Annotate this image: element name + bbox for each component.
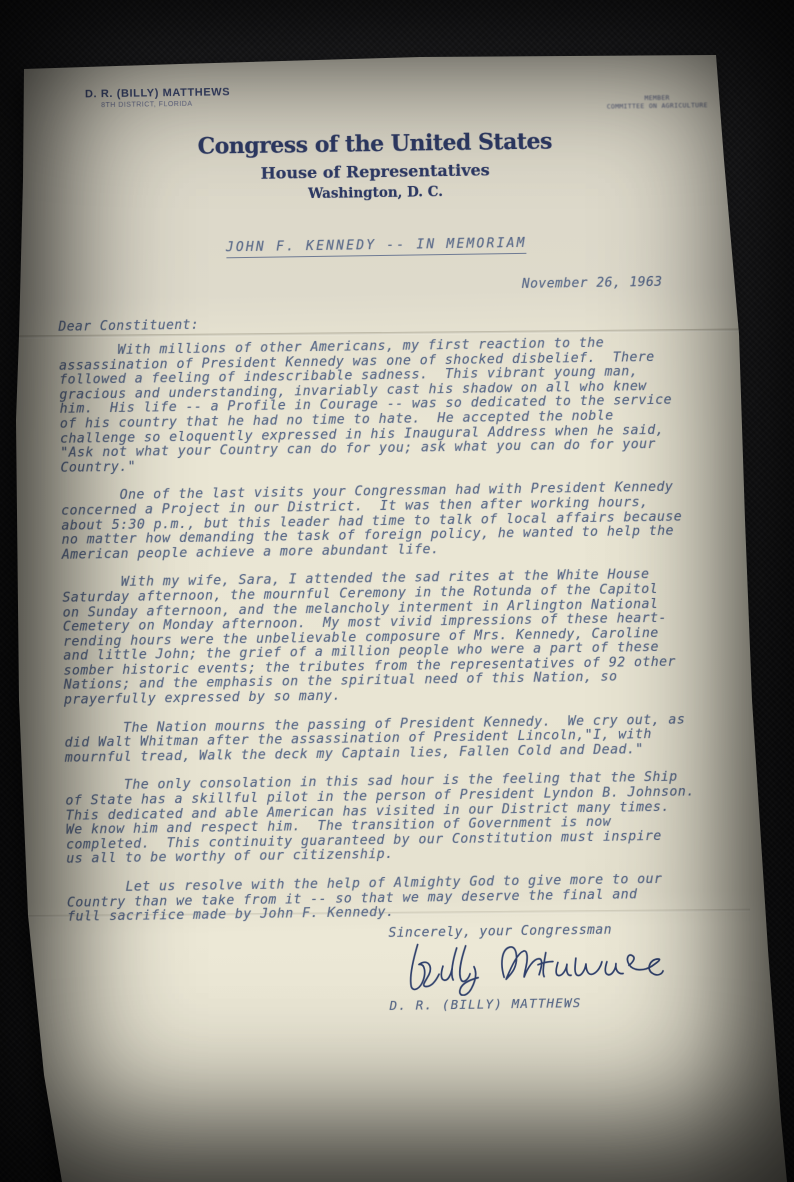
rep-district: 8TH DISTRICT, FLORIDA — [101, 100, 230, 109]
letter-paragraph: One of the last visits your Congressman … — [61, 480, 730, 563]
subject-line: JOHN F. KENNEDY -- IN MEMORIAM — [226, 236, 527, 258]
typed-signature-name: D. R. (BILLY) MATTHEWS — [389, 995, 581, 1013]
letterhead-committee: MEMBER COMMITTEE ON AGRICULTURE — [595, 93, 719, 111]
signature-stroke — [410, 941, 663, 996]
letter-paragraph: With millions of other Americans, my fir… — [59, 335, 729, 476]
letterhead-center: Congress of the United States House of R… — [15, 126, 736, 207]
signature-handwriting — [400, 933, 666, 997]
rep-name: D. R. (BILLY) MATTHEWS — [85, 86, 230, 100]
letter-content: D. R. (BILLY) MATTHEWS 8TH DISTRICT, FLO… — [0, 0, 794, 1182]
letter-paragraph: Let us resolve with the help of Almighty… — [67, 872, 736, 926]
photo-background: D. R. (BILLY) MATTHEWS 8TH DISTRICT, FLO… — [0, 0, 794, 1182]
committee-line-2: COMMITTEE ON AGRICULTURE — [595, 101, 719, 111]
congress-title: Congress of the United States — [15, 126, 735, 163]
letter-paragraph: The Nation mourns the passing of Preside… — [64, 712, 733, 766]
date-line: November 26, 1963 — [522, 275, 663, 292]
subject-line-wrap: JOHN F. KENNEDY -- IN MEMORIAM — [16, 229, 736, 262]
letterhead-left: D. R. (BILLY) MATTHEWS 8TH DISTRICT, FLO… — [85, 86, 230, 109]
letter-paragraph: The only consolation in this sad hour is… — [65, 770, 734, 867]
salutation: Dear Constituent: — [58, 318, 199, 335]
letter-paragraph: With my wife, Sara, I attended the sad r… — [62, 567, 732, 708]
letter-body: With millions of other Americans, my fir… — [59, 335, 736, 940]
